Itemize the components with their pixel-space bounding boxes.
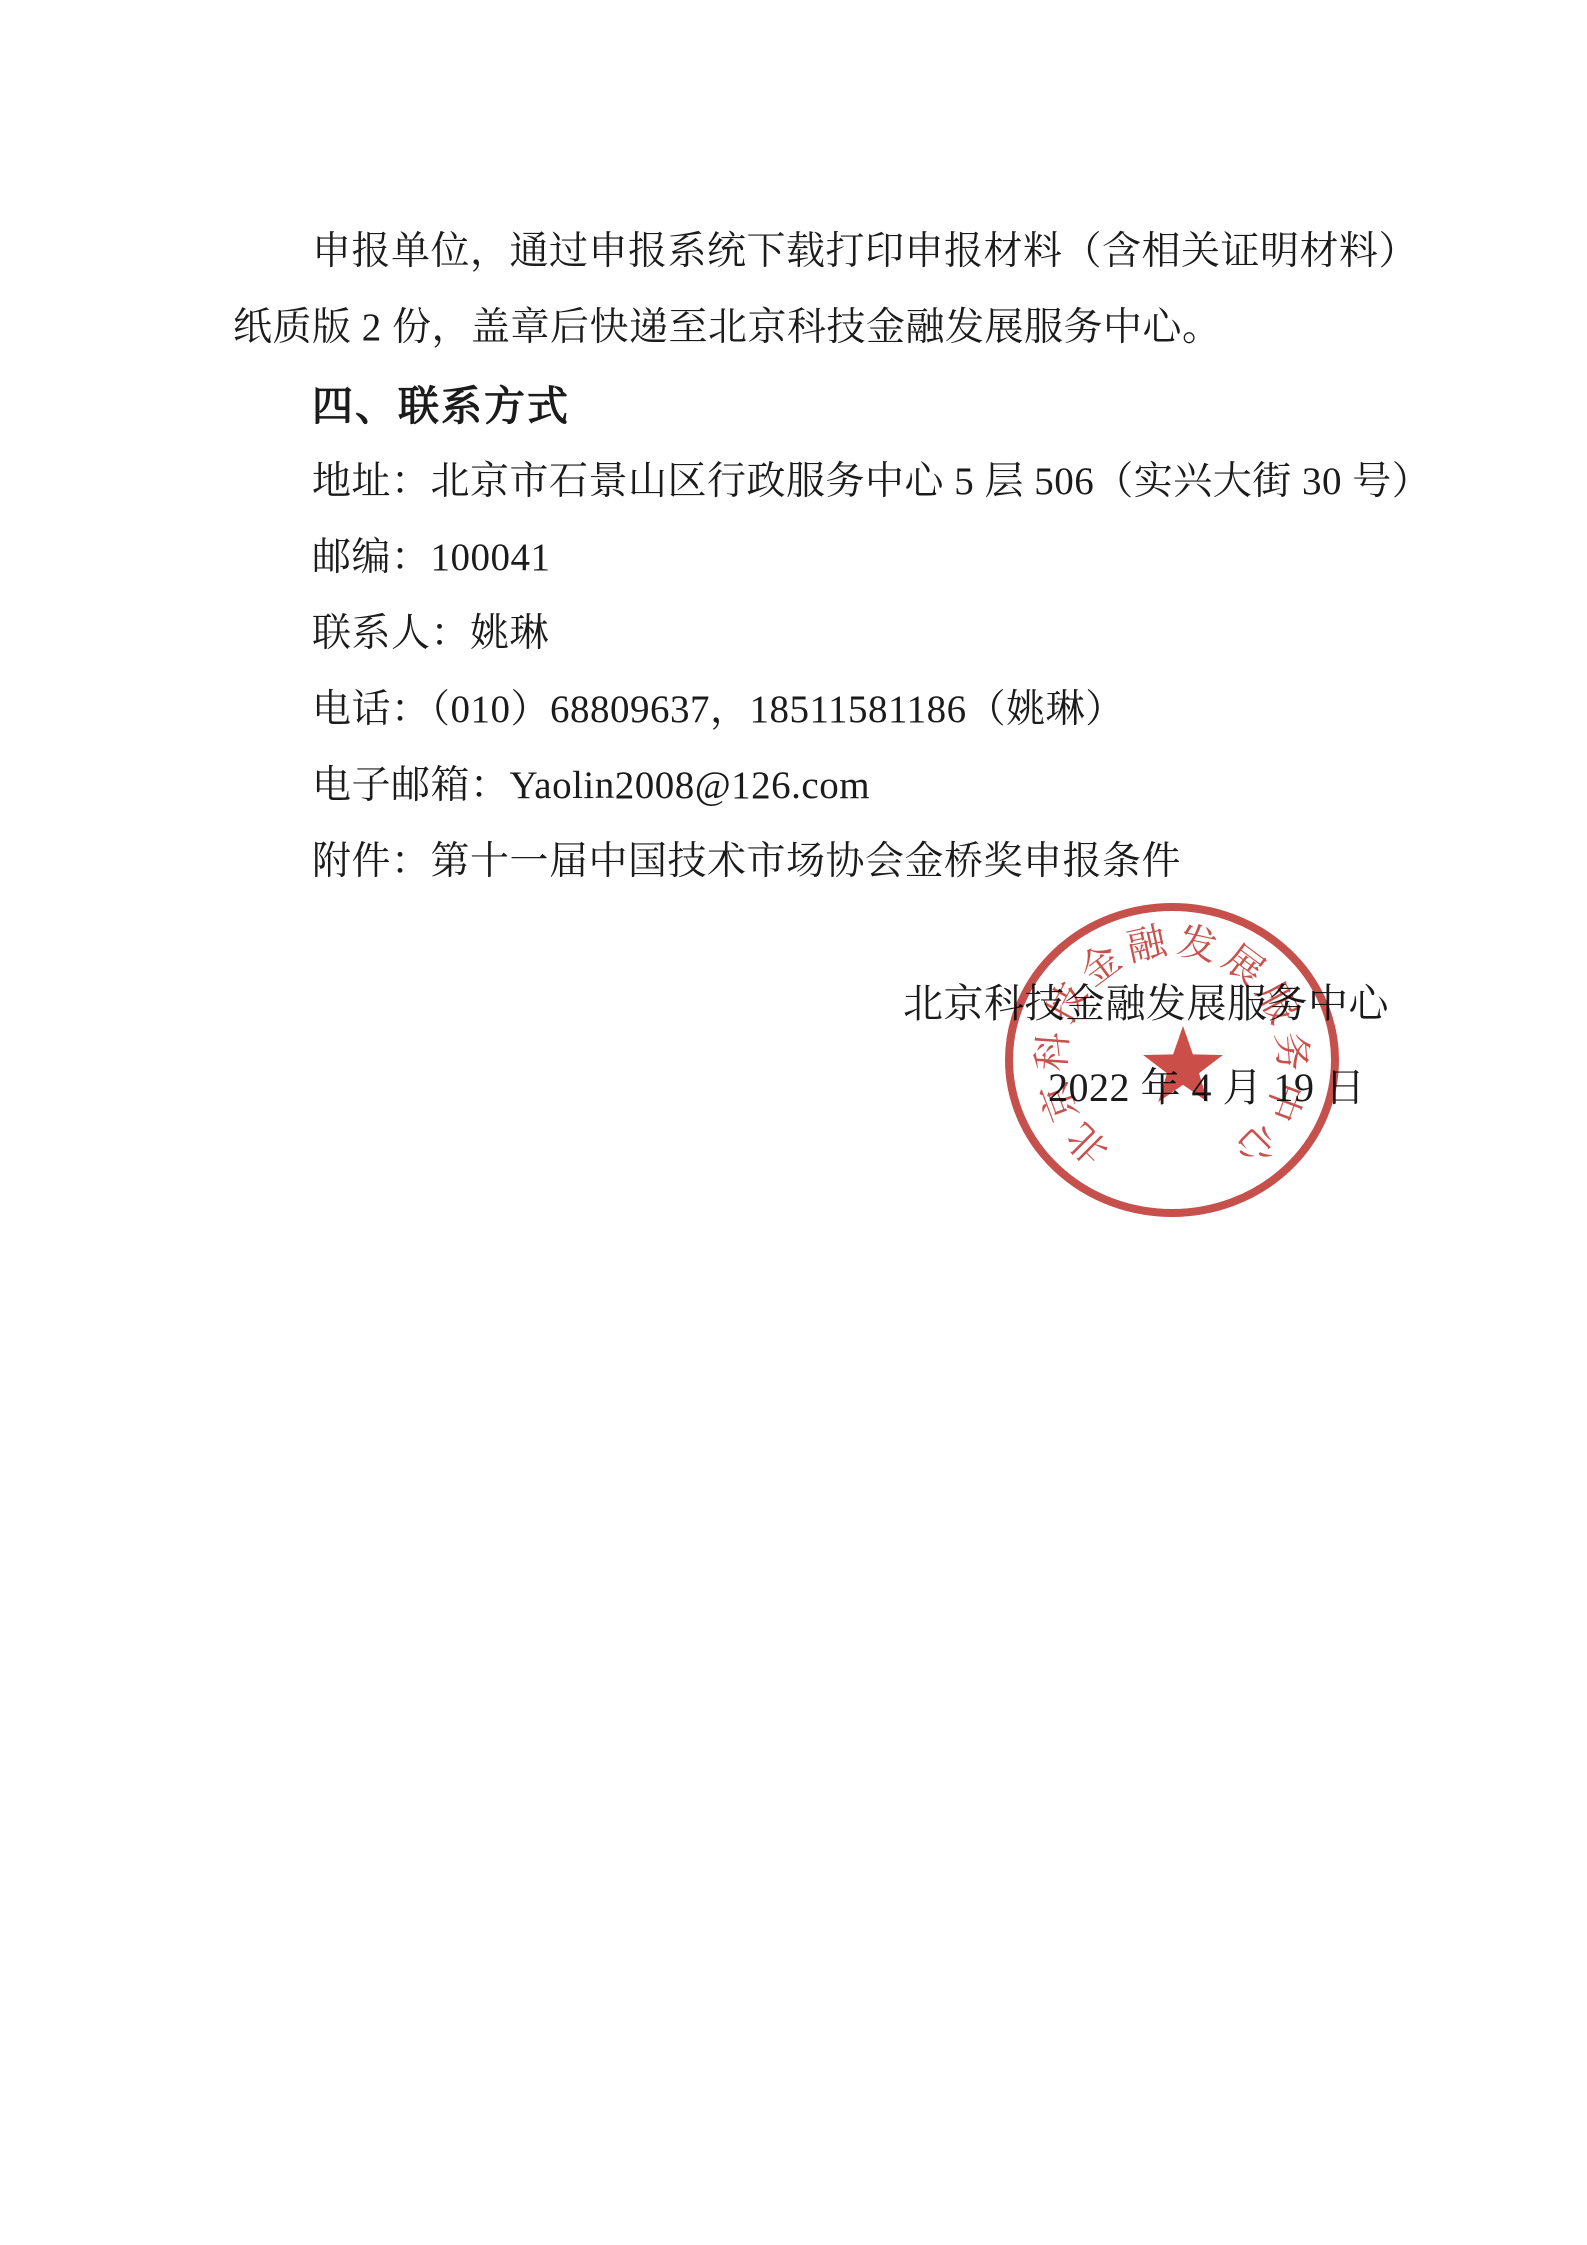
svg-text:北: 北 <box>1059 1114 1117 1172</box>
section-heading: 四、联系方式 <box>312 378 570 434</box>
svg-text:科: 科 <box>1030 1031 1076 1073</box>
field-email: 电子邮箱：Yaolin2008@126.com <box>312 758 870 814</box>
field-contact-person: 联系人：姚琳 <box>312 606 549 662</box>
svg-text:务: 务 <box>1268 1031 1314 1073</box>
field-attachment: 附件：第十一届中国技术市场协会金桥奖申报条件 <box>312 834 1181 890</box>
paragraph-line-2: 纸质版 2 份，盖章后快递至北京科技金融发展服务中心。 <box>233 300 1222 356</box>
svg-text:金: 金 <box>1072 937 1129 995</box>
star-icon <box>1143 1026 1223 1102</box>
svg-text:展: 展 <box>1215 937 1272 995</box>
seal-arc-text: 北京科技金融发展服务中心 <box>1030 919 1313 1173</box>
svg-text:技: 技 <box>1039 976 1095 1031</box>
svg-text:发: 发 <box>1174 920 1221 970</box>
paragraph-line-1: 申报单位，通过申报系统下载打印申报材料（含相关证明材料） <box>233 224 1418 280</box>
svg-text:中: 中 <box>1257 1075 1311 1127</box>
field-phone: 电话：（010）68809637，18511581186（姚琳） <box>312 682 1125 738</box>
svg-text:融: 融 <box>1123 919 1171 970</box>
field-address: 地址：北京市石景山区行政服务中心 5 层 506（实兴大街 30 号） <box>312 454 1431 510</box>
svg-text:心: 心 <box>1226 1114 1285 1173</box>
official-seal: 北京科技金融发展服务中心 <box>1000 898 1345 1223</box>
document-page: 申报单位，通过申报系统下载打印申报材料（含相关证明材料） 纸质版 2 份，盖章后… <box>0 0 1587 2245</box>
seal-graphic: 北京科技金融发展服务中心 <box>1000 898 1345 1223</box>
field-postcode: 邮编：100041 <box>312 530 551 586</box>
svg-text:京: 京 <box>1034 1075 1088 1127</box>
svg-text:服: 服 <box>1248 976 1304 1031</box>
